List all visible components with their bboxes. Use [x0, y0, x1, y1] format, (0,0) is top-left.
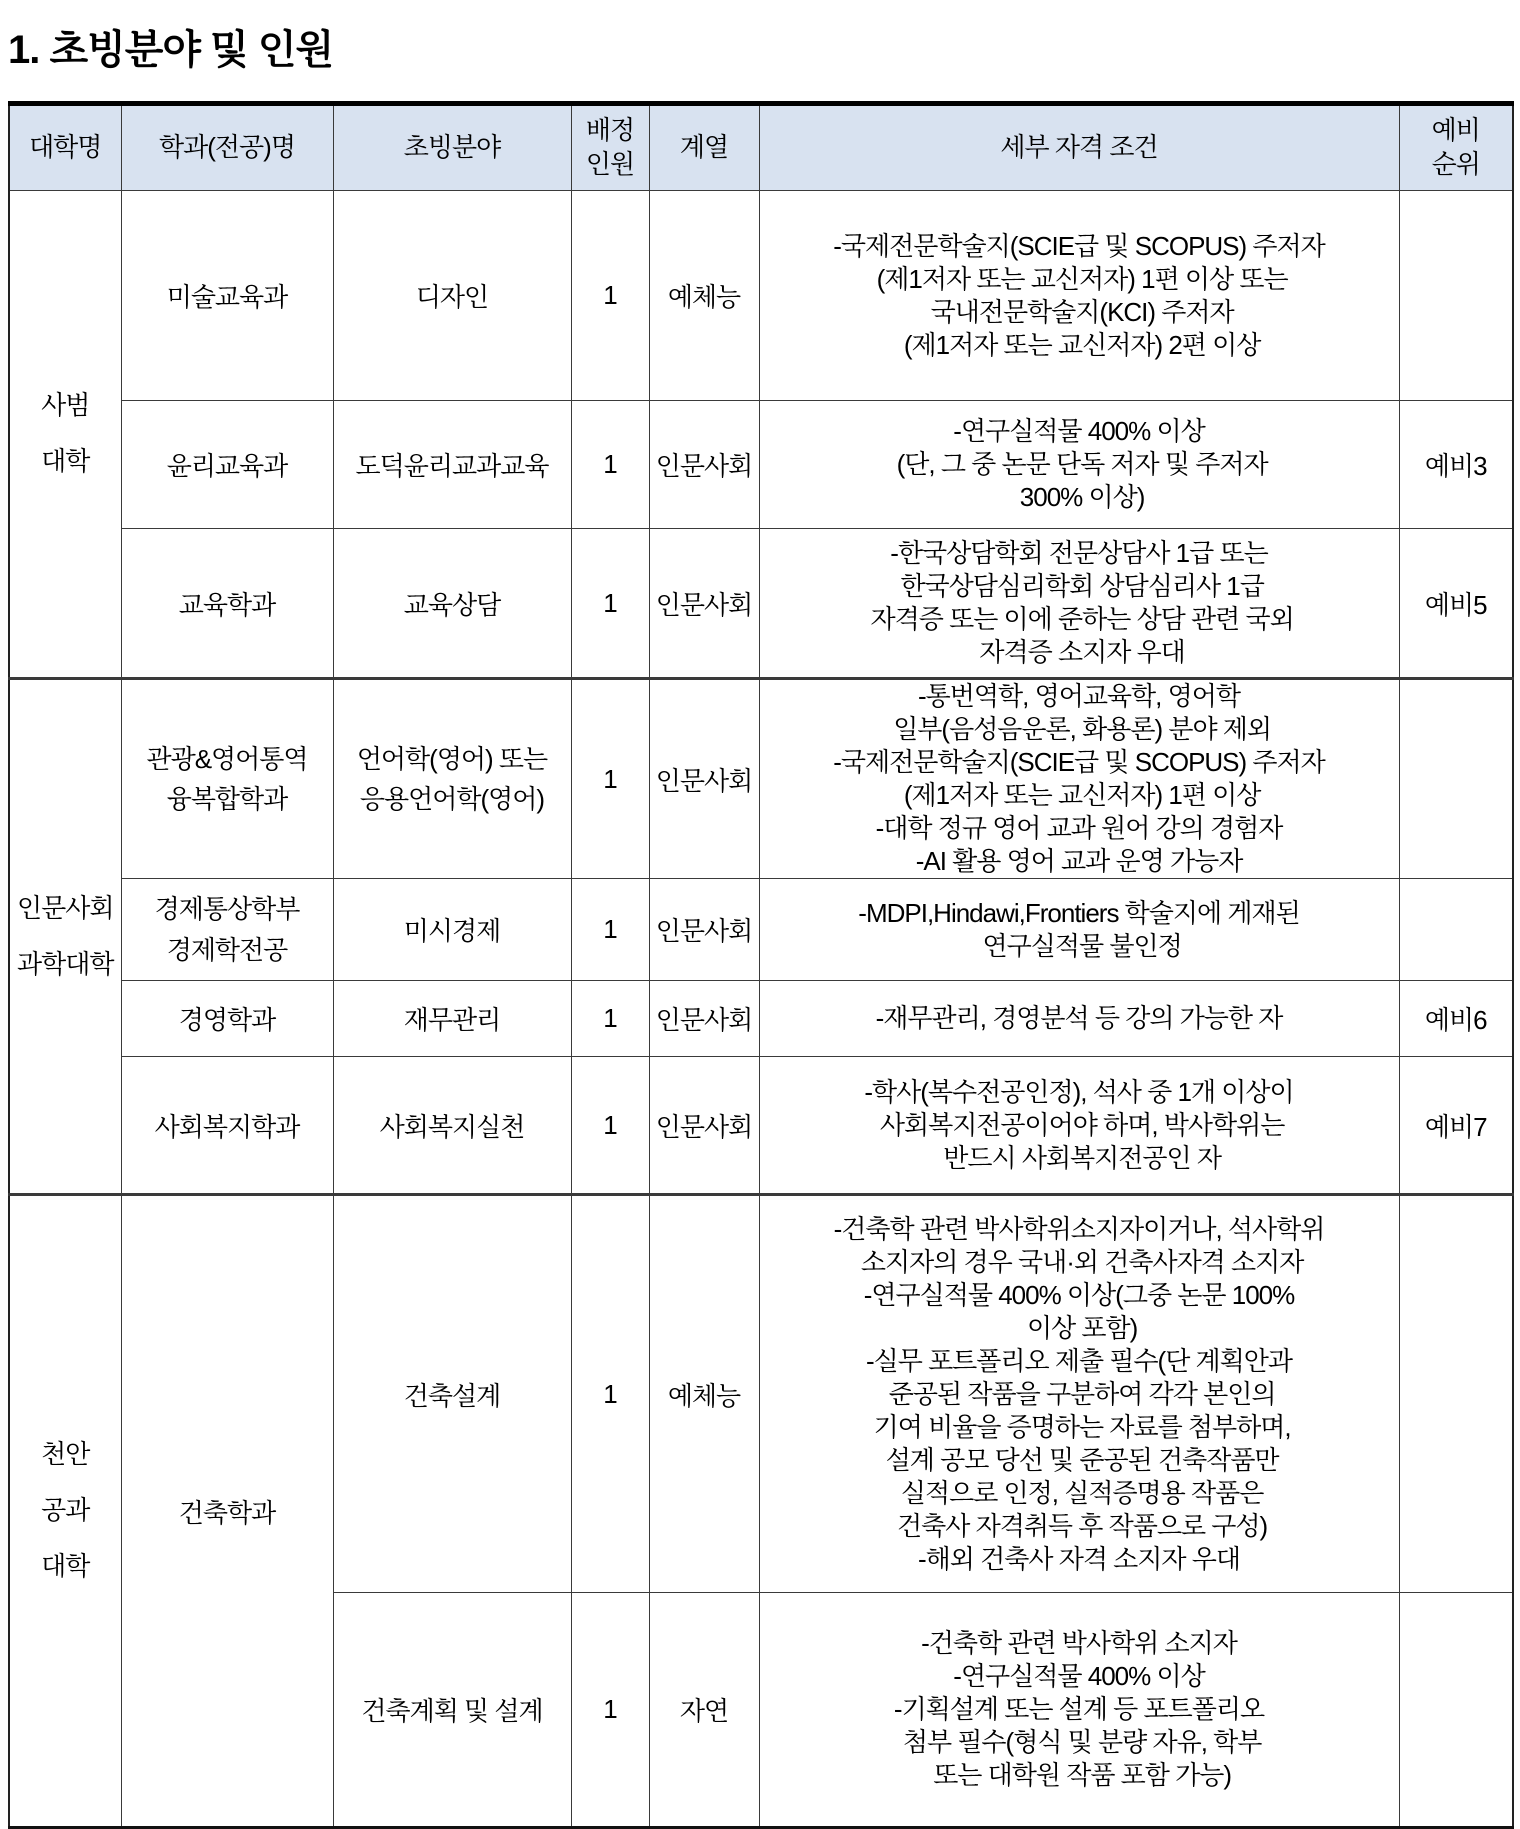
col-header-field: 초빙분야 [333, 104, 571, 191]
col-header-department: 학과(전공)명 [121, 104, 333, 191]
cell-quota: 1 [571, 1057, 649, 1195]
table-row: 인문사회 과학대학 관광&영어통역 융복합학과 언어학(영어) 또는 응용언어학… [9, 679, 1513, 879]
cell-field: 디자인 [333, 191, 571, 401]
cell-category: 인문사회 [649, 1057, 759, 1195]
cell-quota: 1 [571, 529, 649, 679]
cell-field: 재무관리 [333, 981, 571, 1057]
table-row: 경제통상학부 경제학전공 미시경제 1 인문사회 -MDPI,Hindawi,F… [9, 879, 1513, 981]
cell-category: 예체능 [649, 1195, 759, 1593]
recruitment-table: 대학명 학과(전공)명 초빙분야 배정 인원 계열 세부 자격 조건 예비 순위… [8, 101, 1514, 1829]
cell-quota: 1 [571, 1195, 649, 1593]
table-header: 대학명 학과(전공)명 초빙분야 배정 인원 계열 세부 자격 조건 예비 순위 [9, 104, 1513, 191]
table-row: 경영학과 재무관리 1 인문사회 -재무관리, 경영분석 등 강의 가능한 자 … [9, 981, 1513, 1057]
cell-category: 인문사회 [649, 401, 759, 529]
cell-field: 미시경제 [333, 879, 571, 981]
cell-department: 사회복지학과 [121, 1057, 333, 1195]
col-header-reserve: 예비 순위 [1399, 104, 1513, 191]
table-row: 교육학과 교육상담 1 인문사회 -한국상담학회 전문상담사 1급 또는 한국상… [9, 529, 1513, 679]
cell-reserve [1399, 1593, 1513, 1828]
cell-reserve [1399, 679, 1513, 879]
header-row: 대학명 학과(전공)명 초빙분야 배정 인원 계열 세부 자격 조건 예비 순위 [9, 104, 1513, 191]
cell-department: 경제통상학부 경제학전공 [121, 879, 333, 981]
cell-category: 인문사회 [649, 679, 759, 879]
cell-college: 사범 대학 [9, 191, 121, 679]
cell-quota: 1 [571, 191, 649, 401]
cell-department: 윤리교육과 [121, 401, 333, 529]
cell-reserve: 예비6 [1399, 981, 1513, 1057]
cell-field: 건축설계 [333, 1195, 571, 1593]
cell-requirements: -학사(복수전공인정), 석사 중 1개 이상이 사회복지전공이어야 하며, 박… [759, 1057, 1399, 1195]
cell-quota: 1 [571, 981, 649, 1057]
cell-reserve: 예비5 [1399, 529, 1513, 679]
cell-department: 건축학과 [121, 1195, 333, 1828]
cell-field: 교육상담 [333, 529, 571, 679]
cell-department: 관광&영어통역 융복합학과 [121, 679, 333, 879]
cell-reserve [1399, 1195, 1513, 1593]
table-row: 사범 대학 미술교육과 디자인 1 예체능 -국제전문학술지(SCIE급 및 S… [9, 191, 1513, 401]
table-row: 사회복지학과 사회복지실천 1 인문사회 -학사(복수전공인정), 석사 중 1… [9, 1057, 1513, 1195]
cell-field: 언어학(영어) 또는 응용언어학(영어) [333, 679, 571, 879]
cell-category: 자연 [649, 1593, 759, 1828]
cell-requirements: -국제전문학술지(SCIE급 및 SCOPUS) 주저자 (제1저자 또는 교신… [759, 191, 1399, 401]
cell-requirements: -MDPI,Hindawi,Frontiers 학술지에 게재된 연구실적물 불… [759, 879, 1399, 981]
cell-category: 인문사회 [649, 981, 759, 1057]
cell-quota: 1 [571, 879, 649, 981]
cell-department: 미술교육과 [121, 191, 333, 401]
cell-college: 인문사회 과학대학 [9, 679, 121, 1195]
cell-requirements: -연구실적물 400% 이상 (단, 그 중 논문 단독 저자 및 주저자 30… [759, 401, 1399, 529]
cell-requirements: -재무관리, 경영분석 등 강의 가능한 자 [759, 981, 1399, 1057]
cell-reserve: 예비7 [1399, 1057, 1513, 1195]
cell-college: 천안 공과 대학 [9, 1195, 121, 1828]
cell-requirements: -건축학 관련 박사학위소지자이거나, 석사학위 소지자의 경우 국내·외 건축… [759, 1195, 1399, 1593]
cell-requirements: -건축학 관련 박사학위 소지자 -연구실적물 400% 이상 -기획설계 또는… [759, 1593, 1399, 1828]
col-header-requirements: 세부 자격 조건 [759, 104, 1399, 191]
page-title: 1. 초빙분야 및 인원 [8, 26, 1520, 74]
document-page: 1. 초빙분야 및 인원 대학명 학과(전공)명 초빙분야 배정 인원 계열 세… [0, 26, 1520, 1829]
cell-quota: 1 [571, 401, 649, 529]
cell-reserve: 예비3 [1399, 401, 1513, 529]
cell-field: 도덕윤리교과교육 [333, 401, 571, 529]
cell-category: 인문사회 [649, 879, 759, 981]
cell-quota: 1 [571, 679, 649, 879]
table-row: 윤리교육과 도덕윤리교과교육 1 인문사회 -연구실적물 400% 이상 (단,… [9, 401, 1513, 529]
cell-reserve [1399, 879, 1513, 981]
cell-requirements: -한국상담학회 전문상담사 1급 또는 한국상담심리학회 상담심리사 1급 자격… [759, 529, 1399, 679]
cell-field: 건축계획 및 설계 [333, 1593, 571, 1828]
col-header-category: 계열 [649, 104, 759, 191]
cell-category: 인문사회 [649, 529, 759, 679]
cell-requirements: -통번역학, 영어교육학, 영어학 일부(음성음운론, 화용론) 분야 제외 -… [759, 679, 1399, 879]
cell-reserve [1399, 191, 1513, 401]
col-header-college: 대학명 [9, 104, 121, 191]
cell-department: 경영학과 [121, 981, 333, 1057]
table-row: 천안 공과 대학 건축학과 건축설계 1 예체능 -건축학 관련 박사학위소지자… [9, 1195, 1513, 1593]
cell-field: 사회복지실천 [333, 1057, 571, 1195]
col-header-quota: 배정 인원 [571, 104, 649, 191]
cell-category: 예체능 [649, 191, 759, 401]
cell-department: 교육학과 [121, 529, 333, 679]
cell-quota: 1 [571, 1593, 649, 1828]
